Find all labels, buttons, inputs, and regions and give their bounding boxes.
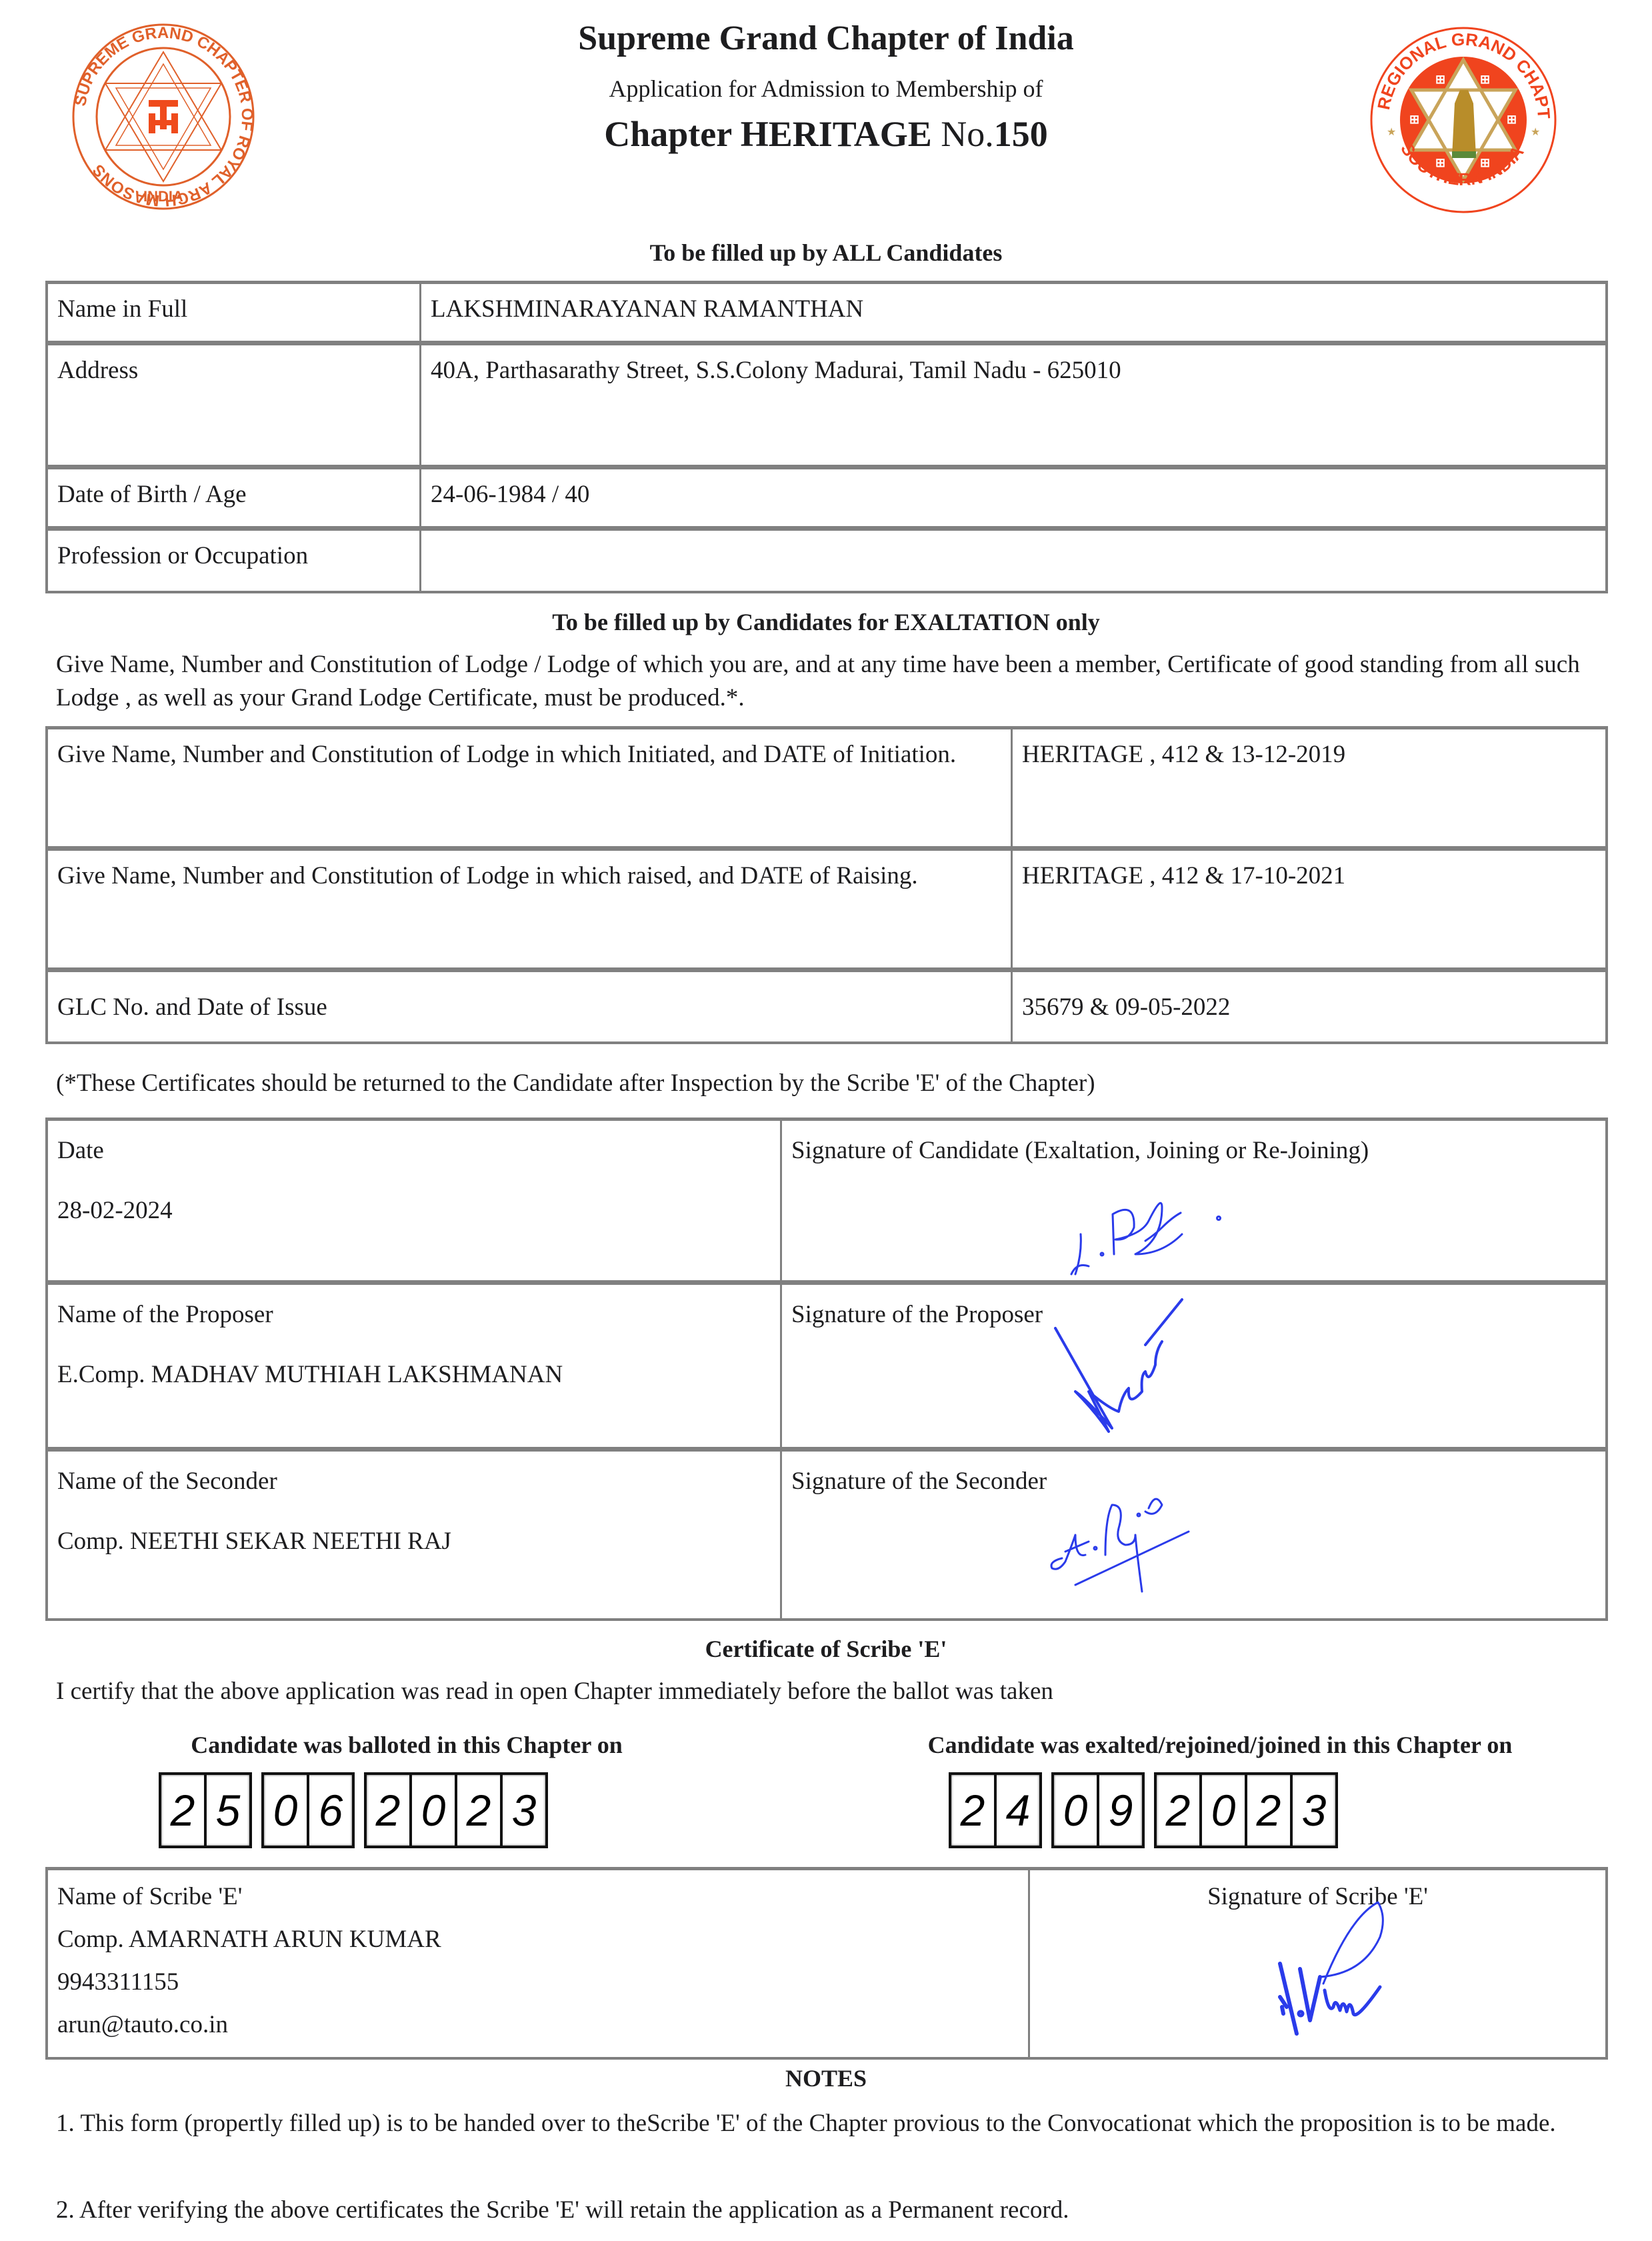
table-row: Give Name, Number and Constitution of Lo… — [48, 729, 1605, 851]
table-row: Name of Scribe 'E' Comp. AMARNATH ARUN K… — [48, 1870, 1605, 2057]
proposer-signature-cell: Signature of the Proposer — [782, 1285, 1605, 1452]
scribe-name-label: Name of Scribe 'E' — [57, 1876, 1019, 1918]
exalted-month: 0 9 — [1051, 1772, 1145, 1848]
exalted-year: 2 0 2 3 — [1154, 1772, 1338, 1848]
table-row: Name of the Seconder Comp. NEETHI SEKAR … — [48, 1452, 1605, 1618]
address-label: Address — [48, 345, 421, 469]
proposer-value: E.Comp. MADHAV MUTHIAH LAKSHMANAN — [57, 1345, 771, 1405]
digit-box: 2 — [367, 1775, 412, 1846]
digit-box: 2 — [1157, 1775, 1202, 1846]
scribe-certificate-heading: Certificate of Scribe 'E' — [0, 1635, 1652, 1663]
exaltation-heading: To be filled up by Candidates for EXALTA… — [0, 608, 1652, 636]
digit-box: 2 — [161, 1775, 207, 1846]
date-value: 28-02-2024 — [57, 1181, 771, 1241]
initiation-label: Give Name, Number and Constitution of Lo… — [48, 729, 1013, 851]
raising-label: Give Name, Number and Constitution of Lo… — [48, 851, 1013, 972]
digit-box: 0 — [264, 1775, 309, 1846]
scribe-statement: I certify that the above application was… — [56, 1675, 1609, 1708]
dob-age-label: Date of Birth / Age — [48, 469, 421, 531]
digit-box: 2 — [457, 1775, 503, 1846]
exalted-day: 2 4 — [949, 1772, 1042, 1848]
scribe-details-cell: Name of Scribe 'E' Comp. AMARNATH ARUN K… — [48, 1870, 1030, 2057]
seconder-label: Name of the Seconder — [57, 1452, 771, 1512]
digit-box: 3 — [1293, 1775, 1335, 1846]
table-row: Name in Full LAKSHMINARAYANAN RAMANTHAN — [48, 284, 1605, 345]
exalted-label: Candidate was exalted/rejoined/joined in… — [863, 1731, 1577, 1759]
address-value: 40A, Parthasarathy Street, S.S.Colony Ma… — [421, 345, 1605, 469]
table-row: Date of Birth / Age 24-06-1984 / 40 — [48, 469, 1605, 531]
glc-label: GLC No. and Date of Issue — [48, 972, 1013, 1041]
seconder-value: Comp. NEETHI SEKAR NEETHI RAJ — [57, 1512, 771, 1572]
scribe-table: Name of Scribe 'E' Comp. AMARNATH ARUN K… — [45, 1867, 1608, 2060]
proposer-signature-label: Signature of the Proposer — [791, 1285, 1596, 1345]
chapter-heading: Chapter HERITAGE No.150 — [0, 113, 1652, 155]
scribe-phone: 9943311155 — [57, 1961, 1019, 2004]
table-row: Date 28-02-2024 Signature of Candidate (… — [48, 1121, 1605, 1285]
candidate-signature-image — [1062, 1181, 1262, 1281]
digit-box: 9 — [1099, 1775, 1142, 1846]
scribe-name-value: Comp. AMARNATH ARUN KUMAR — [57, 1918, 1019, 1961]
exaltation-instruction: Give Name, Number and Constitution of Lo… — [56, 648, 1609, 715]
page-title: Supreme Grand Chapter of India — [0, 19, 1652, 58]
initiation-value: HERITAGE , 412 & 13-12-2019 — [1013, 729, 1605, 851]
candidate-details-table: Name in Full LAKSHMINARAYANAN RAMANTHAN … — [45, 281, 1608, 593]
seconder-signature-cell: Signature of the Seconder — [782, 1452, 1605, 1618]
balloted-date-boxes: 2 5 0 6 2 0 2 3 — [159, 1772, 548, 1848]
scribe-signature-label: Signature of Scribe 'E' — [1039, 1876, 1596, 1918]
candidate-signature-label: Signature of Candidate (Exaltation, Join… — [791, 1121, 1596, 1181]
table-row: Address 40A, Parthasarathy Street, S.S.C… — [48, 345, 1605, 469]
dob-age-value: 24-06-1984 / 40 — [421, 469, 1605, 531]
notes-heading: NOTES — [0, 2064, 1652, 2092]
digit-box: 5 — [207, 1775, 249, 1846]
candidate-signature-cell: Signature of Candidate (Exaltation, Join… — [782, 1121, 1605, 1285]
digit-box: 0 — [412, 1775, 457, 1846]
date-cell: Date 28-02-2024 — [48, 1121, 782, 1285]
chapter-number: 150 — [994, 114, 1048, 154]
digit-box: 0 — [1054, 1775, 1099, 1846]
table-row: GLC No. and Date of Issue 35679 & 09-05-… — [48, 972, 1605, 1041]
glc-value: 35679 & 09-05-2022 — [1013, 972, 1605, 1041]
balloted-label: Candidate was balloted in this Chapter o… — [133, 1731, 680, 1759]
table-row: Name of the Proposer E.Comp. MADHAV MUTH… — [48, 1285, 1605, 1452]
digit-box: 6 — [309, 1775, 352, 1846]
digit-box: 2 — [1247, 1775, 1293, 1846]
exalted-date-boxes: 2 4 0 9 2 0 2 3 — [949, 1772, 1338, 1848]
digit-box: 4 — [997, 1775, 1039, 1846]
name-value: LAKSHMINARAYANAN RAMANTHAN — [421, 284, 1605, 345]
seconder-signature-label: Signature of the Seconder — [791, 1452, 1596, 1512]
scribe-email: arun@tauto.co.in — [57, 2004, 1019, 2046]
digit-box: 3 — [503, 1775, 545, 1846]
all-candidates-heading: To be filled up by ALL Candidates — [0, 239, 1652, 267]
note-item: 1. This form (propertly filled up) is to… — [56, 2107, 1609, 2140]
lodge-details-table: Give Name, Number and Constitution of Lo… — [45, 726, 1608, 1044]
profession-label: Profession or Occupation — [48, 531, 421, 591]
date-label: Date — [57, 1121, 771, 1181]
certificates-footnote: (*These Certificates should be returned … — [56, 1067, 1609, 1100]
svg-text:INDIA: INDIA — [143, 188, 183, 205]
digit-box: 0 — [1202, 1775, 1247, 1846]
proposer-label: Name of the Proposer — [57, 1285, 771, 1345]
chapter-number-label: No. — [941, 114, 994, 154]
page-subtitle: Application for Admission to Membership … — [0, 75, 1652, 103]
signatures-table: Date 28-02-2024 Signature of Candidate (… — [45, 1117, 1608, 1621]
digit-box: 2 — [951, 1775, 997, 1846]
balloted-month: 0 6 — [261, 1772, 355, 1848]
table-row: Give Name, Number and Constitution of Lo… — [48, 851, 1605, 972]
profession-value — [421, 531, 1605, 591]
raising-value: HERITAGE , 412 & 17-10-2021 — [1013, 851, 1605, 972]
name-label: Name in Full — [48, 284, 421, 345]
scribe-signature-image — [1250, 1897, 1450, 2050]
table-row: Profession or Occupation — [48, 531, 1605, 591]
balloted-day: 2 5 — [159, 1772, 252, 1848]
balloted-year: 2 0 2 3 — [364, 1772, 548, 1848]
chapter-name: Chapter HERITAGE — [604, 114, 941, 154]
seconder-cell: Name of the Seconder Comp. NEETHI SEKAR … — [48, 1452, 782, 1618]
scribe-signature-cell: Signature of Scribe 'E' — [1030, 1870, 1605, 2057]
note-item: 2. After verifying the above certificate… — [56, 2194, 1609, 2227]
proposer-cell: Name of the Proposer E.Comp. MADHAV MUTH… — [48, 1285, 782, 1452]
